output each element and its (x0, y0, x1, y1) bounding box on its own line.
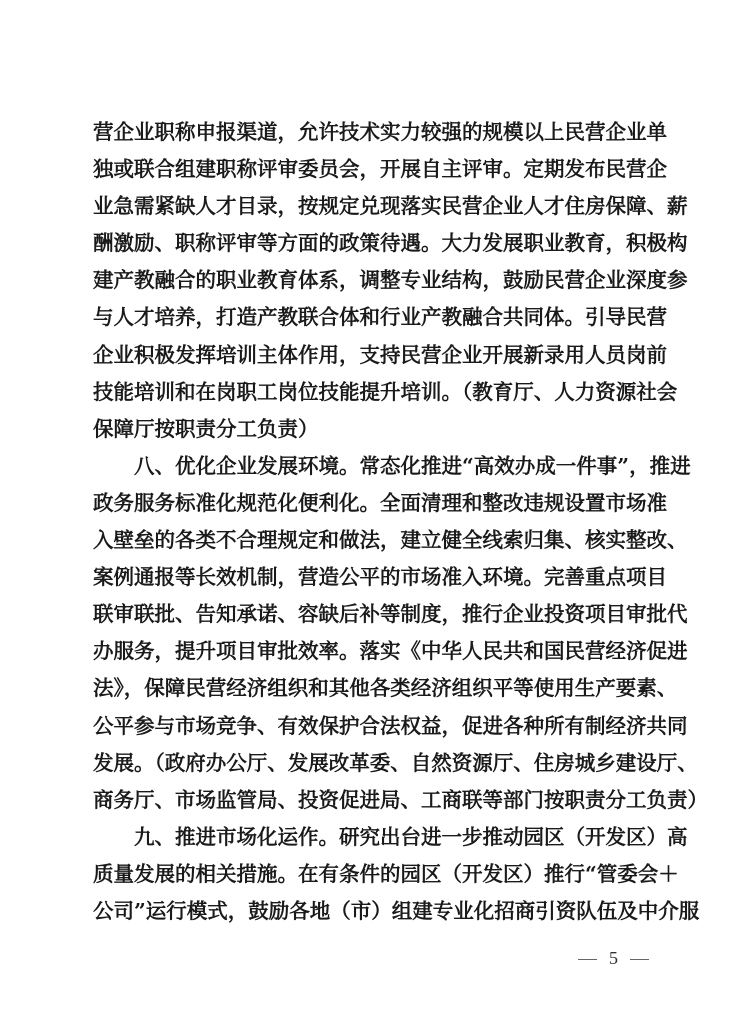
text-line: 企业积极发挥培训主体作用，支持民营企业开展新录用人员岗前 (93, 337, 656, 374)
text-line: 建产教融合的职业教育体系，调整专业结构，鼓励民营企业深度参 (93, 262, 656, 299)
document-body: 营企业职称申报渠道，允许技术实力较强的规模以上民营企业单 独或联合组建职称评审委… (93, 114, 656, 930)
text-line: 案例通报等长效机制，营造公平的市场准入环境。完善重点项目 (93, 559, 656, 596)
section-8-first-line: 八、优化企业发展环境。常态化推进“高效办成一件事”，推进 (93, 448, 656, 485)
text-fragment: 研究出台进一步推动园区（开发区）高 (339, 825, 688, 849)
text-line: 营企业职称申报渠道，允许技术实力较强的规模以上民营企业单 (93, 114, 656, 151)
text-line: 政务服务标准化规范化便利化。全面清理和整改违规设置市场准 (93, 485, 656, 522)
text-fragment: 常态化推进“高效办成一件事”，推进 (360, 454, 691, 478)
text-line: 酬激励、职称评审等方面的政策待遇。大力发展职业教育，积极构 (93, 225, 656, 262)
page-number: 5 (566, 948, 646, 969)
text-line: 技能培训和在岗职工岗位技能提升培训。（教育厅、人力资源社会 (93, 374, 656, 411)
text-line: 法》，保障民营经济组织和其他各类经济组织平等使用生产要素、 (93, 670, 656, 707)
text-line: 独或联合组建职称评审委员会，开展自主评审。定期发布民营企 (93, 151, 656, 188)
dash-left (578, 959, 597, 960)
section-heading-8: 八、优化企业发展环境。 (134, 454, 360, 478)
text-line: 商务厅、市场监管局、投资促进局、工商联等部门按职责分工负责） (93, 782, 656, 819)
text-line: 办服务，提升项目审批效率。落实《中华人民共和国民营经济促进 (93, 633, 656, 670)
text-line: 入壁垒的各类不合理规定和做法，建立健全线索归集、核实整改、 (93, 522, 656, 559)
text-line: 发展。（政府办公厅、发展改革委、自然资源厅、住房城乡建设厅、 (93, 745, 656, 782)
page-number-value: 5 (609, 948, 618, 968)
text-line: 公司”运行模式，鼓励各地（市）组建专业化招商引资队伍及中介服 (93, 893, 656, 930)
dash-right (630, 959, 649, 960)
text-line: 质量发展的相关措施。在有条件的园区（开发区）推行“管委会＋ (93, 856, 656, 893)
text-line: 业急需紧缺人才目录，按规定兑现落实民营企业人才住房保障、薪 (93, 188, 656, 225)
section-heading-9: 九、推进市场化运作。 (134, 825, 339, 849)
text-line: 与人才培养，打造产教联合体和行业产教融合共同体。引导民营 (93, 299, 656, 336)
text-line: 公平参与市场竞争、有效保护合法权益，促进各种所有制经济共同 (93, 708, 656, 745)
section-9-first-line: 九、推进市场化运作。研究出台进一步推动园区（开发区）高 (93, 819, 656, 856)
text-line: 联审联批、告知承诺、容缺后补等制度，推行企业投资项目审批代 (93, 596, 656, 633)
document-page: 营企业职称申报渠道，允许技术实力较强的规模以上民营企业单 独或联合组建职称评审委… (0, 0, 749, 1035)
text-line: 保障厅按职责分工负责） (93, 411, 656, 448)
